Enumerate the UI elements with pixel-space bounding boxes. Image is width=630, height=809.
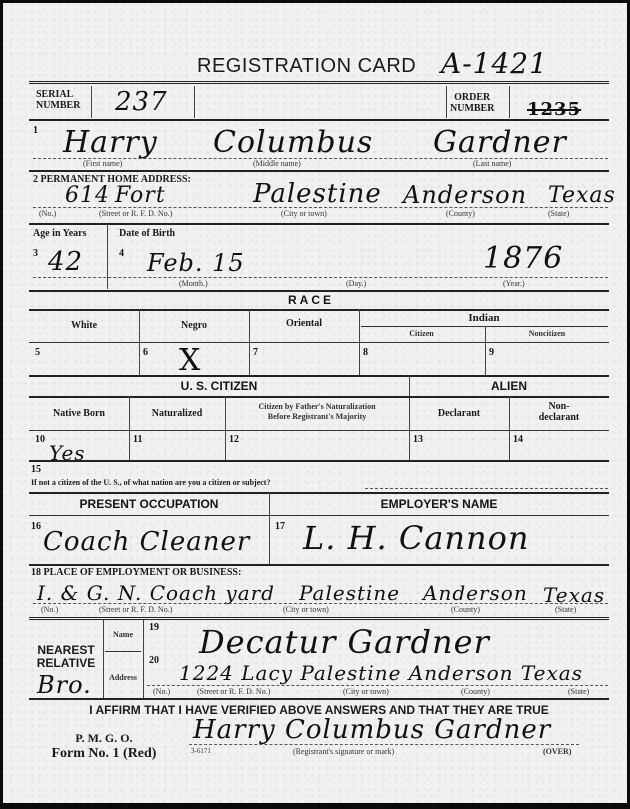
citizen-by-father-label: Citizen by Father's Naturalization Befor… (225, 402, 409, 422)
rule (29, 309, 609, 311)
relative-relation-value: Bro. (37, 671, 92, 699)
race-white-label: White (29, 320, 139, 331)
signature-label: (Registrant's signature or mark) (293, 747, 394, 756)
native-born-label: Native Born (29, 408, 129, 419)
home-address-label: 2 PERMANENT HOME ADDRESS: (33, 174, 191, 185)
race-indian-noncitizen-label: Noncitizen (485, 329, 609, 338)
card-title: REGISTRATION CARD (197, 55, 416, 78)
rule (29, 342, 609, 343)
year-label: (Year.) (503, 279, 525, 288)
label-line1: Citizen by Father's Naturalization (225, 402, 409, 412)
home-county-value: Anderson (403, 181, 527, 209)
rule (29, 492, 609, 494)
rule (29, 119, 609, 121)
occupation-value: Coach Cleaner (43, 527, 250, 557)
order-label-line2: NUMBER (450, 103, 494, 114)
rule (29, 170, 609, 172)
relative-name-value: Decatur Gardner (199, 623, 490, 661)
state-label: (State) (568, 687, 589, 696)
form-line2: Form No. 1 (Red) (29, 746, 179, 761)
middle-name-value: Columbus (213, 125, 373, 160)
order-number-value: 1235 (527, 99, 581, 120)
state-label: (State) (555, 605, 576, 614)
home-street-value: Fort (115, 183, 166, 208)
home-state-value: Texas (548, 183, 616, 208)
no-label: (No.) (41, 605, 58, 614)
rule (29, 396, 609, 398)
employment-place-label: 18 PLACE OF EMPLOYMENT OR BUSINESS: (31, 567, 241, 578)
naturalized-label: Naturalized (129, 408, 225, 419)
label-line2: Before Registrant's Majority (225, 412, 409, 422)
city-label: (City or town) (343, 687, 389, 696)
print-code: 3-6171 (191, 747, 211, 755)
age-label: Age in Years (33, 228, 87, 239)
field-number: 15 (31, 464, 41, 475)
rule (29, 617, 609, 620)
street-label: (Street or R. F. D. No.) (197, 687, 270, 696)
relative-address-label: Address (103, 673, 143, 682)
county-label: (County) (451, 605, 480, 614)
field-number: 6 (143, 347, 148, 358)
field-number: 10 (35, 434, 45, 445)
form-line1: P. M. G. O. (29, 731, 179, 746)
race-indian-citizen-label: Citizen (359, 329, 484, 338)
field-number: 12 (229, 434, 239, 445)
city-label: (City or town) (283, 605, 329, 614)
race-oriental-label: Oriental (249, 318, 359, 329)
relative-name-label: Name (103, 630, 143, 639)
serial-label-line1: SERIAL (36, 89, 80, 100)
registration-card: REGISTRATION CARD A-1421 SERIAL NUMBER 2… (3, 3, 627, 803)
last-name-value: Gardner (433, 125, 567, 160)
street-label: (Street or R. F. D. No.) (99, 209, 172, 218)
serial-number-value: 237 (115, 87, 168, 117)
dotted-rule (33, 603, 608, 604)
employer-value: L. H. Cannon (303, 519, 530, 557)
rule (29, 430, 609, 431)
field-number: 16 (31, 521, 41, 532)
declarant-label: Declarant (409, 408, 509, 419)
city-label: (City or town) (281, 209, 327, 218)
state-label: (State) (548, 209, 569, 218)
divider (143, 620, 144, 698)
no-label: (No.) (39, 209, 56, 218)
field-number: 1 (33, 125, 38, 136)
first-name-value: Harry (63, 125, 158, 160)
rule (29, 698, 609, 700)
field-number: 11 (133, 434, 142, 445)
birth-month-day-value: Feb. 15 (147, 249, 245, 277)
divider (194, 86, 195, 118)
order-label-line1: ORDER (450, 92, 494, 103)
county-label: (County) (461, 687, 490, 696)
employment-place-label-text: PLACE OF EMPLOYMENT OR BUSINESS: (44, 567, 242, 578)
label-line2: RELATIVE (29, 657, 103, 670)
home-number-value: 614 (65, 183, 110, 208)
registrant-signature: Harry Columbus Gardner (193, 715, 551, 745)
occupation-title: PRESENT OCCUPATION (29, 497, 269, 511)
alien-title: ALIEN (409, 379, 609, 393)
non-declarant-label: Non- declarant (509, 401, 609, 423)
rule (29, 375, 609, 377)
last-name-label: (Last name) (473, 159, 511, 168)
dotted-rule (189, 744, 579, 745)
race-indian-label: Indian (359, 312, 609, 324)
field-number: 5 (35, 347, 40, 358)
over-label: (OVER) (543, 747, 571, 756)
divider (107, 225, 108, 289)
order-number-label: ORDER NUMBER (450, 92, 494, 114)
age-value: 42 (48, 247, 83, 277)
birth-year-value: 1876 (483, 241, 563, 276)
first-name-label: (First name) (83, 159, 122, 168)
label-line2: declarant (509, 412, 609, 423)
field-number: 7 (253, 347, 258, 358)
rule (29, 460, 609, 462)
rule (105, 651, 141, 652)
divider (129, 396, 130, 460)
employer-title: EMPLOYER'S NAME (269, 497, 609, 511)
field-number: 19 (149, 622, 159, 633)
handwritten-order-code: A-1421 (441, 47, 548, 80)
race-negro-mark: X (179, 343, 201, 378)
field-number: 17 (275, 521, 285, 532)
dotted-rule (365, 488, 608, 489)
middle-name-label: (Middle name) (253, 159, 301, 168)
field-number: 8 (363, 347, 368, 358)
county-label: (County) (446, 209, 475, 218)
relative-address-value: 1224 Lacy Palestine Anderson Texas (179, 661, 583, 685)
serial-number-label: SERIAL NUMBER (36, 89, 80, 111)
field-number: 2 (33, 174, 38, 185)
divider (91, 86, 92, 118)
field-number: 20 (149, 655, 159, 666)
race-negro-label: Negro (139, 320, 249, 331)
rule (29, 564, 609, 566)
employment-county-value: Anderson (423, 581, 528, 605)
divider (446, 86, 447, 118)
rule (29, 223, 609, 225)
title-rule (29, 81, 609, 84)
field-number: 13 (413, 434, 423, 445)
form-number: P. M. G. O. Form No. 1 (Red) (29, 731, 179, 761)
race-title: RACE (288, 293, 334, 307)
label-line1: Non- (509, 401, 609, 412)
nation-question: If not a citizen of the U. S., of what n… (31, 478, 270, 487)
street-label: (Street or R. F. D. No.) (99, 605, 172, 614)
home-city-value: Palestine (253, 179, 382, 209)
dotted-rule (147, 685, 608, 686)
serial-label-line2: NUMBER (36, 100, 80, 111)
dotted-rule (33, 277, 608, 278)
rule (29, 515, 609, 516)
nearest-relative-label: NEAREST RELATIVE (29, 644, 103, 670)
day-label: (Day.) (346, 279, 366, 288)
employment-city-value: Palestine (299, 581, 400, 605)
field-number: 14 (513, 434, 523, 445)
rule (29, 290, 609, 292)
birth-date-label: Date of Birth (119, 228, 175, 239)
dotted-rule (33, 207, 608, 208)
us-citizen-title: U. S. CITIZEN (29, 379, 409, 393)
field-number: 4 (119, 248, 124, 259)
divider (509, 86, 510, 118)
month-label: (Month.) (179, 279, 208, 288)
field-number: 3 (33, 248, 38, 259)
employment-street-value: I. & G. N. Coach yard (37, 581, 275, 605)
field-number: 18 (31, 567, 41, 578)
no-label: (No.) (153, 687, 170, 696)
field-number: 9 (489, 347, 494, 358)
